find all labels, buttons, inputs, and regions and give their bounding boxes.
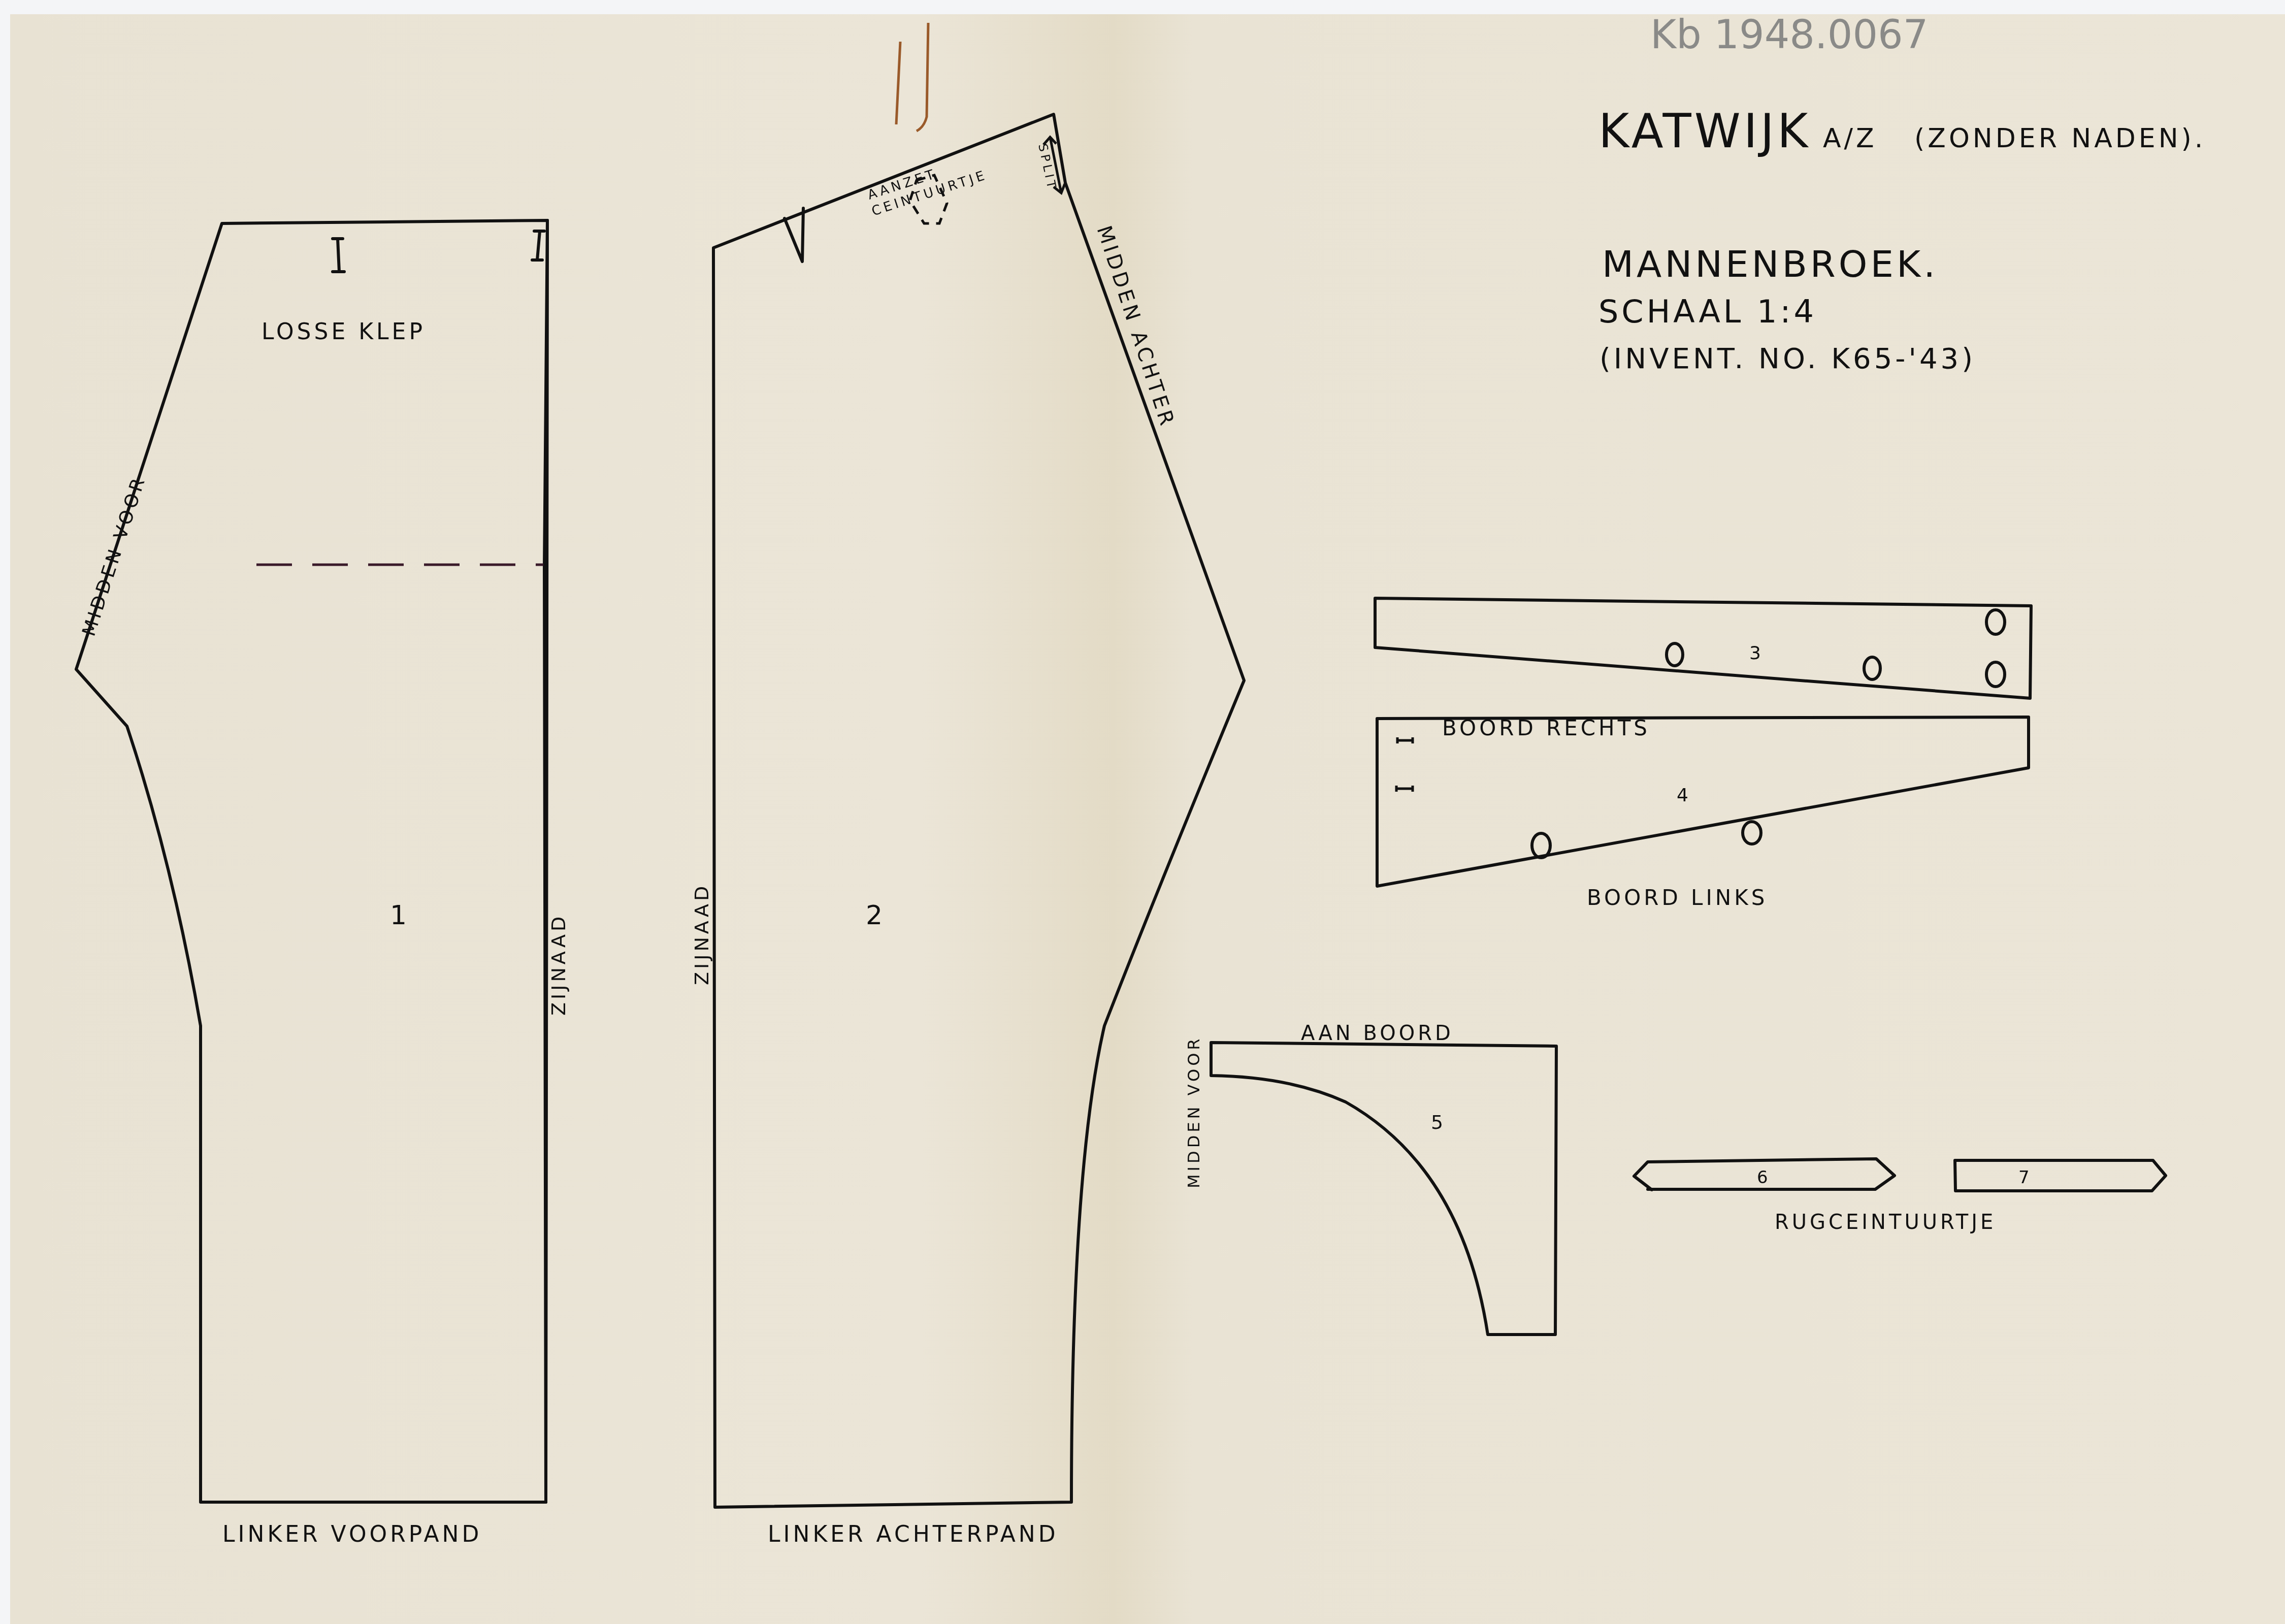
- midden-voor-label: MIDDEN VOOR: [79, 473, 150, 638]
- piece-number-6: 6: [1757, 1167, 1768, 1188]
- piece-2-linker-achterpand: SPLIT AANZET CEINTUURTJE MIDDEN ACHTER Z…: [691, 114, 1244, 1547]
- piece-2-name: LINKER ACHTERPAND: [768, 1521, 1059, 1547]
- title-garment: MANNENBROEK.: [1602, 243, 1938, 285]
- piece-6-rugceintuurtje: 6: [1634, 1159, 1895, 1190]
- losse-klep-label: LOSSE KLEP: [262, 319, 426, 345]
- rugceintuurtje-label: RUGCEINTUURTJE: [1775, 1211, 1996, 1234]
- piece-number-3: 3: [1749, 643, 1761, 664]
- piece-number-2: 2: [866, 900, 883, 931]
- piece-5-aan-boord: AAN BOORD MIDDEN VOOR 5: [1184, 1022, 1556, 1335]
- piece-1-name: LINKER VOORPAND: [222, 1521, 482, 1547]
- title-place: KATWIJK: [1598, 104, 1811, 158]
- sewing-pattern-drawing: Kb 1948.0067 KATWIJK A/Z (ZONDER NADEN).…: [0, 0, 2285, 1624]
- piece-4-boord-links: 4 BOORD LINKS: [1377, 717, 2029, 910]
- piece-7-rugceintuurtje: 7: [1955, 1160, 2166, 1191]
- title-scale: SCHAAL 1:4: [1598, 293, 1817, 330]
- piece-number-7: 7: [2018, 1167, 2030, 1188]
- midden-achter-label: MIDDEN ACHTER: [1092, 223, 1179, 431]
- paperclip-stain: [896, 23, 928, 131]
- title-note: (ZONDER NADEN).: [1914, 123, 2206, 154]
- piece-number-4: 4: [1677, 785, 1688, 806]
- zijnaad-label-front: ZIJNAAD: [547, 914, 570, 1016]
- title-inventory: (INVENT. NO. K65-'43): [1599, 342, 1976, 375]
- catalog-number: Kb 1948.0067: [1650, 12, 1928, 58]
- aan-boord-label: AAN BOORD: [1301, 1022, 1454, 1045]
- midden-voor-label-5: MIDDEN VOOR: [1184, 1035, 1203, 1188]
- piece-4-name: BOORD LINKS: [1587, 885, 1768, 910]
- title-place-suffix: A/Z: [1823, 123, 1877, 154]
- piece-1-linker-voorpand: LOSSE KLEP MIDDEN VOOR ZIJNAAD 1 LINKER …: [76, 220, 570, 1547]
- zijnaad-label-back: ZIJNAAD: [691, 883, 713, 985]
- title-block: KATWIJK A/Z (ZONDER NADEN). MANNENBROEK.…: [1598, 104, 2206, 375]
- piece-number-5: 5: [1431, 1111, 1443, 1133]
- piece-number-1: 1: [390, 900, 407, 931]
